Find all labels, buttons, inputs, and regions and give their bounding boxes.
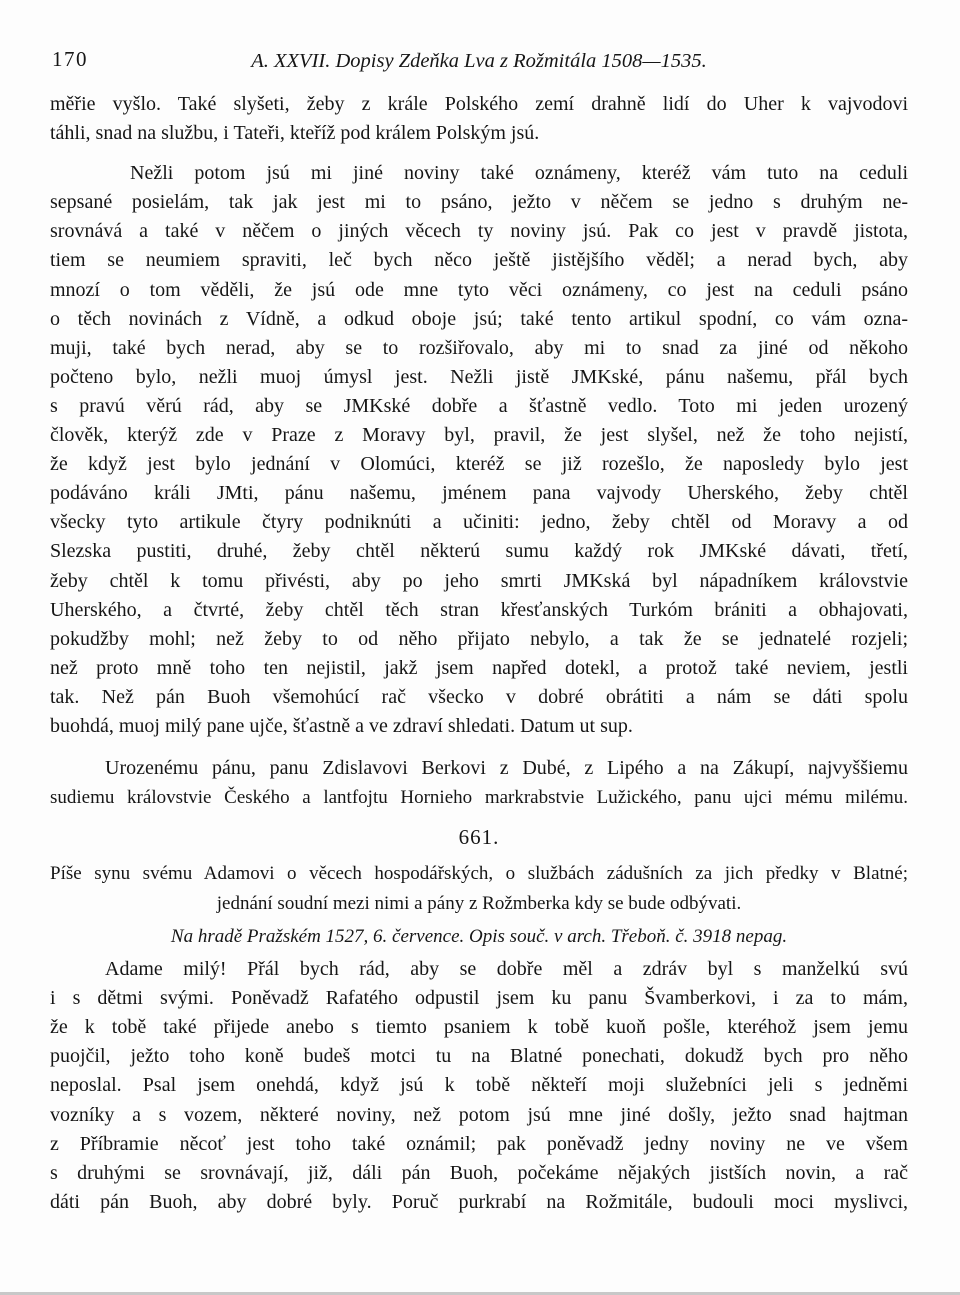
- text-line: člověk, kterýž zde v Praze z Moravy byl,…: [50, 421, 908, 450]
- text-line: vozníky a s vozem, některé noviny, než p…: [50, 1101, 908, 1130]
- text-line: muji, také bych nerad, aby se to rozšiřo…: [50, 334, 908, 363]
- text-line: Píše synu svému Adamovi o věcech hospodá…: [50, 859, 908, 889]
- text-line: Slezska pustiti, druhé, žeby chtěl někte…: [50, 537, 908, 566]
- text-line: sepsané posielám, tak jak jest mi to psá…: [50, 188, 908, 217]
- text-line: žeby chtěl k tomu přivésti, aby po jeho …: [50, 567, 908, 596]
- letter-number-heading: 661.: [50, 823, 908, 851]
- text-line: že k tobě také přijede anebo s tiemto ps…: [50, 1013, 908, 1042]
- text-line: tak. Než pán Buoh všemohúcí rač všecko v…: [50, 683, 908, 712]
- text-line: Nežli potom jsú mi jiné noviny také ozná…: [50, 159, 908, 188]
- text-line: podáváno králi JMti, pánu našemu, jménem…: [50, 479, 908, 508]
- text-line: Adame milý! Přál bych rád, aby se dobře …: [50, 955, 908, 984]
- letter-661: 661. Píše synu svému Adamovi o věcech ho…: [50, 823, 908, 1217]
- text-line: dáti pán Buoh, aby dobré byly. Poruč pur…: [50, 1188, 908, 1217]
- text-line: všecky tyto artikule čtyry podniknúti a …: [50, 508, 908, 537]
- paragraph-letter-body: Adame milý! Přál bych rád, aby se dobře …: [50, 955, 908, 1217]
- paragraph-letter-body: Nežli potom jsú mi jiné noviny také ozná…: [50, 159, 908, 741]
- text-line: o těch novinách z Vídně, a odkud oboje j…: [50, 305, 908, 334]
- dateline: Na hradě Pražském 1527, 6. července. Opi…: [50, 922, 908, 952]
- text-line: jednání soudní mezi nimi a pány z Rožmbe…: [50, 889, 908, 919]
- paragraph-address: Urozenému pánu, panu Zdislavovi Berkovi …: [50, 753, 908, 813]
- running-header: 170 A. XXVII. Dopisy Zdeňka Lva z Rožmit…: [50, 46, 908, 76]
- text-line: tiem se neumiem spraviti, leč bych něco …: [50, 246, 908, 275]
- text-line: puojčil, ježto toho koně budeš motci tu …: [50, 1042, 908, 1071]
- text-line: Uherského, a čtvrté, žeby chtěl těch str…: [50, 596, 908, 625]
- text-line: počteno bylo, nežli muoj úmysl jest. Než…: [50, 363, 908, 392]
- text-line: že když jest bylo jednání v Olomúci, kte…: [50, 450, 908, 479]
- text-block: 170 A. XXVII. Dopisy Zdeňka Lva z Rožmit…: [50, 46, 908, 1217]
- text-line: pokudžby mohl; než žeby to od něho přija…: [50, 625, 908, 654]
- text-line: s druhými se srovnávají, již, dáli pán B…: [50, 1159, 908, 1188]
- text-line: i s dětmi svými. Poněvadž Rafatého odpus…: [50, 984, 908, 1013]
- text-line: táhli, snad na službu, i Tateři, kteříž …: [50, 119, 908, 148]
- letter-660-continuation: měřie vyšlo. Také slyšeti, žeby z krále …: [50, 90, 908, 813]
- text-line: srovnává a také v něčem o jiných věcech …: [50, 217, 908, 246]
- page-number: 170: [52, 47, 88, 72]
- text-line: měřie vyšlo. Také slyšeti, žeby z krále …: [50, 90, 908, 119]
- running-title: A. XXVII. Dopisy Zdeňka Lva z Rožmitála …: [50, 46, 908, 76]
- text-line: sudiemu královstvie Českého a lantfojtu …: [50, 783, 908, 813]
- text-line: s pravú věrú rád, aby se JMKské dobře a …: [50, 392, 908, 421]
- text-line: buohdá, muoj milý pane ujče, šťastně a v…: [50, 712, 908, 741]
- text-line: než proto mně toho ten nejistil, jakž js…: [50, 654, 908, 683]
- text-line: mnozí o tom věděli, že jsú ode mne tyto …: [50, 276, 908, 305]
- paragraph-continuation: měřie vyšlo. Také slyšeti, žeby z krále …: [50, 90, 908, 148]
- text-line: z Příbramie něcoť jest toho také oznámil…: [50, 1130, 908, 1159]
- text-line: neposlal. Psal jsem onehdá, když jsú k t…: [50, 1071, 908, 1100]
- text-line: Urozenému pánu, panu Zdislavovi Berkovi …: [50, 753, 908, 783]
- paragraph-regest: Píše synu svému Adamovi o věcech hospodá…: [50, 859, 908, 919]
- book-page: 170 A. XXVII. Dopisy Zdeňka Lva z Rožmit…: [0, 0, 960, 1295]
